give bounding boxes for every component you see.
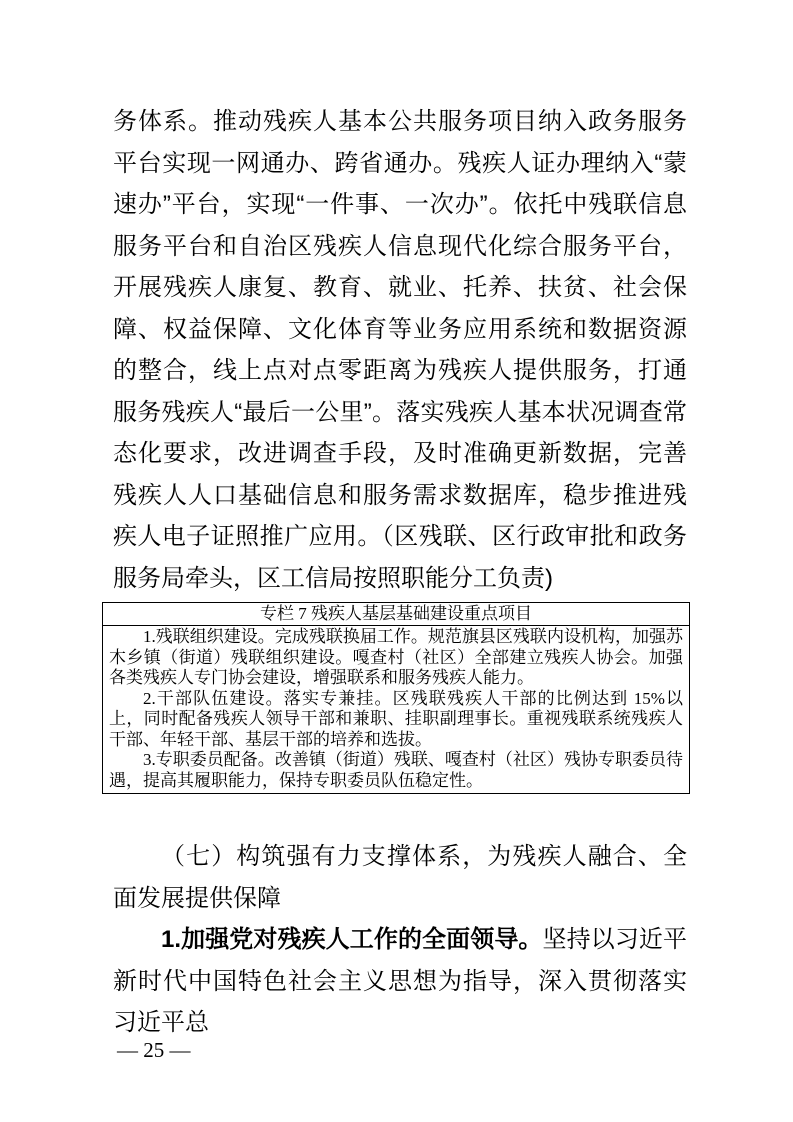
section-seven: （七）构筑强有力支撑体系，为残疾人融合、全面发展提供保障 1.加强党对残疾人工作… (113, 836, 687, 1044)
body-paragraph-continuation: 务体系。推动残疾人基本公共服务项目纳入政务服务平台实现一网通办、跨省通办。残疾人… (113, 101, 687, 599)
callout-box-title: 专栏 7 残疾人基层基础建设重点项目 (103, 603, 689, 626)
lead-paragraph: 1.加强党对残疾人工作的全面领导。坚持以习近平新时代中国特色社会主义思想为指导，… (113, 919, 687, 1044)
page-number: — 25 — (117, 1036, 191, 1064)
section-heading: （七）构筑强有力支撑体系，为残疾人融合、全面发展提供保障 (113, 836, 687, 919)
document-page: 务体系。推动残疾人基本公共服务项目纳入政务服务平台实现一网通办、跨省通办。残疾人… (0, 0, 793, 1122)
callout-item-commissioners: 3.专职委员配备。改善镇（街道）残联、嘎查村（社区）残协专职委员待遇，提高其履职… (109, 750, 683, 791)
callout-item-organization: 1.残联组织建设。完成残联换届工作。规范旗县区残联内设机构，加强苏木乡镇（街道）… (109, 627, 683, 689)
callout-box: 专栏 7 残疾人基层基础建设重点项目 1.残联组织建设。完成残联换届工作。规范旗… (102, 602, 690, 794)
callout-box-body: 1.残联组织建设。完成残联换届工作。规范旗县区残联内设机构，加强苏木乡镇（街道）… (103, 626, 689, 793)
callout-item-cadre-team: 2.干部队伍建设。落实专兼挂。区残联残疾人干部的比例达到 15%以上，同时配备残… (109, 689, 683, 751)
lead-paragraph-bold-title: 1.加强党对残疾人工作的全面领导。 (161, 926, 543, 953)
